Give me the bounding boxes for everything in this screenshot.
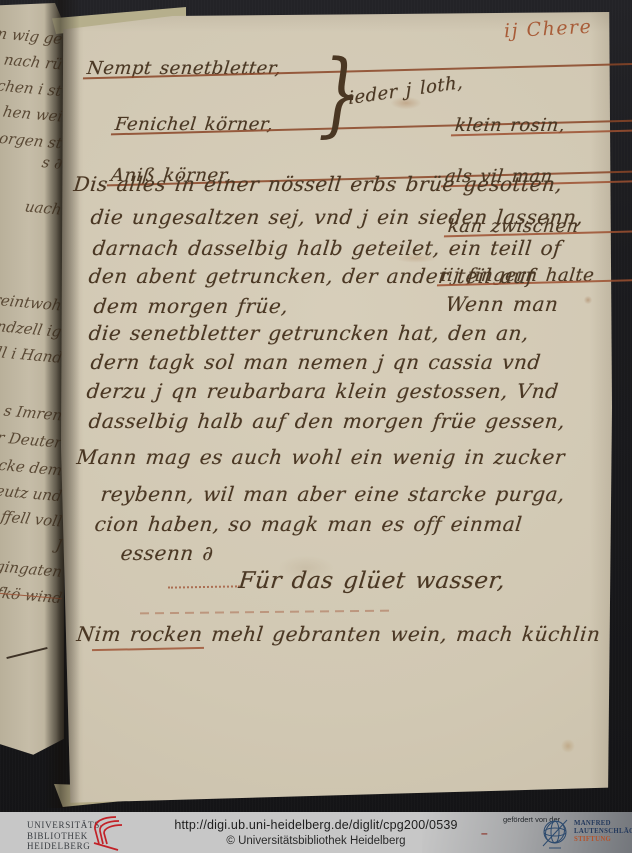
red-foliation-mark: ij Chere — [503, 16, 592, 43]
sponsor-name-line: STIFTUNG — [574, 836, 632, 844]
last-line: Nim rocken mehl gebranten wein, mach küc… — [75, 622, 601, 646]
body-line: reybenn, wil man aber eine starcke purga… — [99, 482, 566, 506]
sponsor-dash: – — [481, 826, 488, 840]
ingredient-item: klein rosin, — [454, 115, 632, 136]
armillary-globe-icon — [539, 818, 571, 850]
body-line: essenn ∂ — [119, 541, 214, 565]
body-line: Dis alles in einer nössell erbs brüe ges… — [72, 172, 563, 196]
body-line: dem morgen früe, — [92, 294, 289, 318]
sponsor-name-line: LAUTENSCHLÄGER — [574, 828, 632, 836]
body-line: den abent getruncken, der ander teil auf — [87, 264, 535, 288]
body-line: Mann mag es auch wohl ein wenig in zucke… — [75, 445, 566, 469]
digitized-manuscript-viewer: m wig ge nach rü tchen i st hen wei morg… — [0, 0, 632, 853]
sponsor-name-line: MANFRED — [574, 820, 632, 828]
body-line-right: Wenn man — [444, 292, 559, 316]
caption-footer: UNIVERSITÄTS- BIBLIOTHEK HEIDELBERG http… — [0, 812, 632, 853]
body-line: die ungesaltzen sej, vnd j ein sieden la… — [89, 205, 584, 229]
body-line: dern tagk sol man nemen j qn cassia vnd — [89, 350, 542, 374]
body-line: dasselbig halb auf den morgen früe gesse… — [87, 409, 566, 433]
recipe-heading: Für das glüet wasser, — [237, 568, 506, 594]
copyright-notice: © Universitätsbibliothek Heidelberg — [0, 835, 632, 847]
sponsor-name: MANFRED LAUTENSCHLÄGER STIFTUNG — [574, 820, 632, 844]
body-line: darnach dasselbig halb geteilet, ein tei… — [91, 236, 562, 260]
body-line: cion haben, so magk man es off einmal — [93, 512, 523, 536]
body-line: die senetbletter getruncken hat, den an, — [87, 321, 530, 345]
pen-slash-mark — [6, 647, 47, 659]
body-line: derzu j qn reubarbara klein gestossen, V… — [85, 379, 559, 403]
book-gutter-shadow — [44, 0, 80, 808]
